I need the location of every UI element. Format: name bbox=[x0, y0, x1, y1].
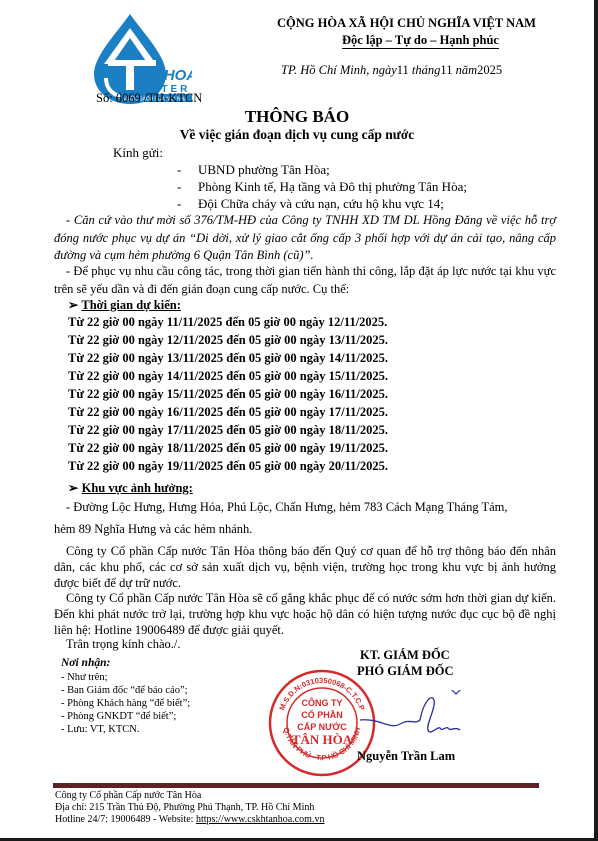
affected-area-line-1: - Đường Lộc Hưng, Hưng Hóa, Phú Lộc, Chấ… bbox=[66, 500, 508, 515]
national-motto: Độc lập – Tự do – Hạnh phúc bbox=[342, 33, 499, 49]
svg-text:CỔ PHẦN: CỔ PHẦN bbox=[301, 709, 343, 720]
footer-address: Địa chỉ: 215 Trần Thủ Độ, Phường Phú Thạ… bbox=[55, 802, 314, 813]
signature-title-1: KT. GIÁM ĐỐC bbox=[360, 648, 450, 663]
handwritten-signature-icon bbox=[360, 690, 470, 750]
schedule-item: Từ 22 giờ 00 ngày 18/11/2025 đến 05 giờ … bbox=[68, 441, 388, 456]
document-page: AN HOA WATER NƯỚC SẠCH CỦA MỌI NHÀ Số: 6… bbox=[0, 0, 594, 838]
distribution-item: - Ban Giám đốc “để báo cáo”; bbox=[61, 685, 188, 696]
schedule-item: Từ 22 giờ 00 ngày 11/11/2025 đến 05 giờ … bbox=[68, 315, 387, 330]
distribution-item: - Phòng GNKDT “để biết”; bbox=[61, 711, 176, 722]
svg-text:CẤP NƯỚC: CẤP NƯỚC bbox=[297, 721, 347, 732]
schedule-item: Từ 22 giờ 00 ngày 16/11/2025 đến 05 giờ … bbox=[68, 405, 388, 420]
schedule-item: Từ 22 giờ 00 ngày 17/11/2025 đến 05 giờ … bbox=[68, 423, 388, 438]
affected-area-line-2: hẻm 89 Nghĩa Hưng và các hẻm nhánh. bbox=[54, 522, 252, 537]
distribution-item: - Như trên; bbox=[61, 672, 108, 683]
notice-title: THÔNG BÁO bbox=[0, 107, 594, 127]
national-title: CỘNG HÒA XÃ HỘI CHỦ NGHĨA VIỆT NAM bbox=[277, 16, 536, 31]
footer-divider bbox=[53, 783, 539, 788]
affected-area-heading: ➢ Khu vực ảnh hưởng: bbox=[68, 480, 193, 496]
distribution-item: - Phòng Khách hàng “để biết”; bbox=[61, 698, 190, 709]
distribution-label: Nơi nhận: bbox=[61, 657, 110, 669]
schedule-heading: ➢ Thời gian dự kiến: bbox=[68, 297, 181, 313]
recipient-item: -UBND phường Tân Hòa; bbox=[177, 162, 330, 178]
website-link[interactable]: https://www.cskhtanhoa.com.vn bbox=[196, 814, 325, 825]
recipient-item: -Đội Chữa cháy và cứu nạn, cứu hộ khu vự… bbox=[177, 196, 444, 212]
document-date: TP. Hồ Chí Minh, ngày11 tháng11 năm2025 bbox=[281, 63, 502, 78]
recipients-label: Kính gửi: bbox=[113, 145, 163, 161]
schedule-item: Từ 22 giờ 00 ngày 13/11/2025 đến 05 giờ … bbox=[68, 351, 388, 366]
signer-name: Nguyễn Trần Lam bbox=[357, 749, 455, 764]
svg-text:AN HOA: AN HOA bbox=[137, 67, 192, 84]
recipient-item: -Phòng Kinh tế, Hạ tầng và Đô thị phường… bbox=[177, 179, 467, 195]
closing: Trân trọng kính chào./. bbox=[66, 637, 180, 652]
paragraph-remedy: Công ty Cổ phần Cấp nước Tân Hòa sẽ cố g… bbox=[54, 590, 556, 638]
footer-contact: Hotline 24/7: 19006489 - Website: https:… bbox=[55, 814, 324, 825]
notice-subtitle: Về việc gián đoạn dịch vụ cung cấp nước bbox=[0, 127, 594, 143]
schedule-item: Từ 22 giờ 00 ngày 12/11/2025 đến 05 giờ … bbox=[68, 333, 388, 348]
paragraph-notify: Công ty Cổ phần Cấp nước Tân Hòa thông b… bbox=[54, 543, 556, 591]
svg-text:CÔNG TY: CÔNG TY bbox=[301, 697, 342, 708]
distribution-item: - Lưu: VT, KTCN. bbox=[61, 724, 140, 735]
paragraph-basis: - Căn cứ vào thư mời số 376/TM-HĐ của Cô… bbox=[54, 212, 556, 265]
paragraph-purpose: - Để phục vụ nhu cầu công tác, trong thờ… bbox=[54, 263, 556, 298]
svg-text:TÂN HÒA: TÂN HÒA bbox=[292, 732, 353, 747]
document-number: Số: 6069 /TH-KTCN bbox=[96, 91, 202, 106]
footer-company: Công ty Cổ phần Cấp nước Tân Hòa bbox=[55, 790, 201, 801]
schedule-item: Từ 22 giờ 00 ngày 15/11/2025 đến 05 giờ … bbox=[68, 387, 388, 402]
schedule-item: Từ 22 giờ 00 ngày 19/11/2025 đến 05 giờ … bbox=[68, 459, 388, 474]
schedule-item: Từ 22 giờ 00 ngày 14/11/2025 đến 05 giờ … bbox=[68, 369, 388, 384]
